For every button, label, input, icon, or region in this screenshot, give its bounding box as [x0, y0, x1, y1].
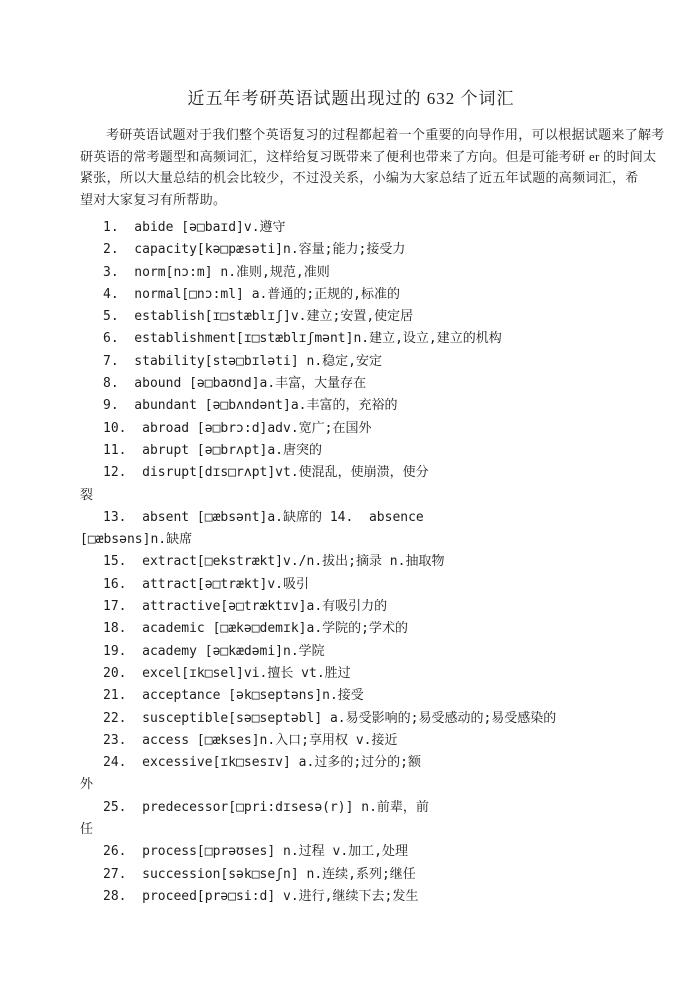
document-page: 近五年考研英语试题出现过的 632 个词汇 考研英语试题对于我们整个英语复习的过…: [0, 0, 700, 989]
vocab-line-continuation: 裂: [80, 485, 622, 507]
vocab-line: 12. disrupt[dɪs□rʌpt]vt.使混乱，使崩溃，使分: [80, 462, 622, 484]
document-title: 近五年考研英语试题出现过的 632 个词汇: [80, 86, 622, 112]
intro-line: 考研英语试题对于我们整个英语复习的过程都起着一个重要的向导作用，可以根据试题来了…: [80, 124, 622, 146]
vocab-line: 21. acceptance [ək□septəns]n.接受: [80, 685, 622, 707]
vocab-line: 19. academy [ə□kædəmi]n.学院: [80, 641, 622, 663]
vocab-line: 6. establishment[ɪ□stæblɪʃmənt]n.建立,设立,建…: [80, 328, 622, 350]
vocab-line: 20. excel[ɪk□sel]vi.擅长 vt.胜过: [80, 663, 622, 685]
vocab-line: 22. susceptible[sə□septəbl] a.易受影响的;易受感动…: [80, 708, 622, 730]
vocab-line: 10. abroad [ə□brɔ:d]adv.宽广;在国外: [80, 418, 622, 440]
vocab-line: 16. attract[ə□trækt]v.吸引: [80, 574, 622, 596]
vocab-line: 28. proceed[prə□si:d] v.进行,继续下去;发生: [80, 886, 622, 908]
vocab-line-continuation: 任: [80, 819, 622, 841]
vocab-line: 24. excessive[ɪk□sesɪv] a.过多的;过分的;额: [80, 752, 622, 774]
vocab-line: 18. academic [□ækə□demɪk]a.学院的;学术的: [80, 618, 622, 640]
intro-paragraph: 考研英语试题对于我们整个英语复习的过程都起着一个重要的向导作用，可以根据试题来了…: [80, 124, 622, 210]
vocab-line: 26. process[□prəʊses] n.过程 v.加工,处理: [80, 841, 622, 863]
vocab-line: 27. succession[sək□seʃn] n.连续,系列;继任: [80, 864, 622, 886]
vocab-line: 15. extract[□ekstrækt]v./n.拔出;摘录 n.抽取物: [80, 551, 622, 573]
vocab-line: 9. abundant [ə□bʌndənt]a.丰富的，充裕的: [80, 395, 622, 417]
intro-line: 望对大家复习有所帮助。: [80, 189, 622, 211]
vocab-line: 17. attractive[ə□træktɪv]a.有吸引力的: [80, 596, 622, 618]
vocab-line: 25. predecessor[□pri:dɪsesə(r)] n.前辈，前: [80, 797, 622, 819]
vocab-line: 23. access [□ækses]n.入口;享用权 v.接近: [80, 730, 622, 752]
vocab-line: 3. norm[nɔ:m] n.准则,规范,准则: [80, 262, 622, 284]
vocab-list: 1. abide [ə□baɪd]v.遵守 2. capacity[kə□pæs…: [80, 217, 622, 908]
vocab-line: 11. abrupt [ə□brʌpt]a.唐突的: [80, 440, 622, 462]
vocab-line: 8. abound [ə□baʊnd]a.丰富，大量存在: [80, 373, 622, 395]
vocab-line-continuation: 外: [80, 774, 622, 796]
intro-line: 研英语的常考题型和高频词汇，这样给复习既带来了便利也带来了方向。但是可能考研 e…: [80, 146, 622, 168]
vocab-line: 13. absent [□æbsənt]a.缺席的 14. absence: [80, 507, 622, 529]
intro-line: 紧张，所以大量总结的机会比较少，不过没关系，小编为大家总结了近五年试题的高频词汇…: [80, 167, 622, 189]
vocab-line: 4. normal[□nɔ:ml] a.普通的;正规的,标准的: [80, 284, 622, 306]
vocab-line: 5. establish[ɪ□stæblɪʃ]v.建立;安置,使定居: [80, 306, 622, 328]
vocab-line-continuation: [□æbsəns]n.缺席: [80, 529, 622, 551]
vocab-line: 2. capacity[kə□pæsəti]n.容量;能力;接受力: [80, 239, 622, 261]
vocab-line: 7. stability[stə□bɪləti] n.稳定,安定: [80, 351, 622, 373]
vocab-line: 1. abide [ə□baɪd]v.遵守: [80, 217, 622, 239]
